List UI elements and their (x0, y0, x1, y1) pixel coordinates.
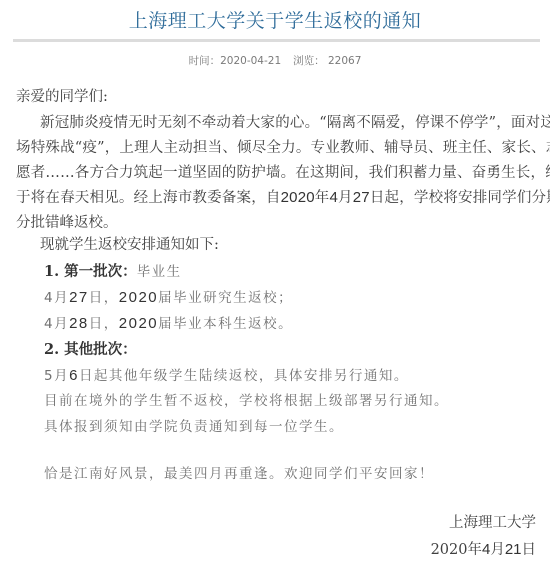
signature-date: 2020年4月21日 (431, 540, 536, 560)
title-divider (13, 39, 540, 42)
arrangement-intro: 现就学生返校安排通知如下: (40, 235, 550, 255)
batch1-value: 毕业生 (137, 264, 182, 280)
paragraph-line-4: 于将在春天相见。经上海市教委备案，自2020年4月27日起，学校将安排同学们分期 (16, 188, 536, 208)
views-label: 浏览： (293, 55, 325, 67)
greeting: 亲爱的同学们: (16, 87, 536, 107)
batch1-heading: 1. 第一批次：毕业生 (44, 262, 550, 282)
signature-org: 上海理工大学 (449, 513, 536, 533)
return-year: 2020 (281, 189, 315, 206)
batch2-item-3: 具体报到须知由学院负责通知到每一位学生。 (44, 417, 550, 437)
paragraph-line-2: 场特殊战“疫”，上理人主动担当、倾尽全力。专业教师、辅导员、班主任、家长、志 (16, 138, 536, 158)
paragraph-line-1: 新冠肺炎疫情无时无刻不牵动着大家的心。“隔离不隔爱，停课不停学”，面对这 (40, 113, 550, 133)
batch1-item-2: 4月28日，2020届毕业本科生返校。 (44, 314, 550, 334)
batch2-item-2: 目前在境外的学生暂不返校，学校将根据上级部署另行通知。 (44, 391, 550, 411)
time-value: 2020-04-21 (220, 55, 281, 67)
paragraph-line-3: 愿者……各方合力筑起一道坚固的防护墙。在这期间，我们积蓄力量、奋勇生长，终 (16, 163, 536, 183)
batch2-item-1: 5月6日起其他年级学生陆续返校，具体安排另行通知。 (44, 366, 550, 386)
notice-title: 上海理工大学关于学生返校的通知 (0, 8, 550, 34)
return-month: 4 (329, 189, 338, 206)
paragraph-line-5: 分批错峰返校。 (16, 213, 536, 233)
closing-line: 恰是江南好风景，最美四月再重逢。欢迎同学们平安回家！ (44, 464, 550, 484)
notice-meta: 时间：2020-04-21浏览： 22067 (0, 53, 550, 69)
batch2-heading: 2. 其他批次： (44, 340, 550, 360)
return-day: 27 (353, 189, 370, 206)
batch1-item-1: 4月27日，2020届毕业研究生返校； (44, 288, 550, 308)
views-count: 22067 (328, 55, 361, 67)
time-label: 时间： (189, 55, 221, 67)
